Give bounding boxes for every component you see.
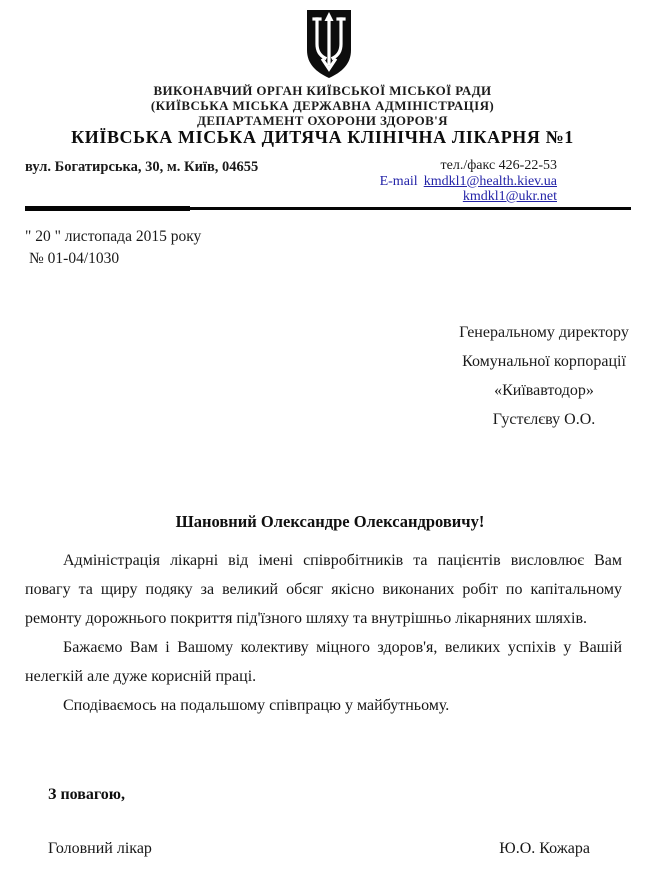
paragraph-2: Бажаємо Вам і Вашому колективу міцного з… (25, 633, 622, 691)
recipient-line-1: Генеральному директору (455, 318, 633, 347)
signer-name: Ю.О. Кожара (499, 840, 590, 858)
org-line-3: ДЕПАРТАМЕНТ ОХОРОНИ ЗДОРОВ'Я (0, 113, 645, 128)
signer-title: Головний лікар (48, 840, 152, 858)
recipient-line-4: Густєлєву О.О. (455, 405, 633, 434)
letterhead-org-lines: ВИКОНАВЧИЙ ОРГАН КИЇВСЬКОЇ МІСЬКОЇ РАДИ … (0, 83, 645, 128)
email-label: E-mail (380, 174, 418, 189)
paragraph-3: Сподіваємось на подальшому співпрацю у м… (25, 691, 622, 720)
paragraph-1: Адміністрація лікарні від імені співробі… (25, 546, 622, 633)
letter-date: " 20 " листопада 2015 року (25, 226, 201, 248)
org-line-2: (КИЇВСЬКА МІСЬКА ДЕРЖАВНА АДМІНІСТРАЦІЯ) (0, 98, 645, 113)
email-link-health[interactable]: kmdkl1@health.kiev.ua (424, 174, 557, 189)
reference-block: " 20 " листопада 2015 року № 01-04/1030 (25, 226, 201, 270)
letter-number: № 01-04/1030 (25, 248, 201, 270)
scanned-letter-page: ВИКОНАВЧИЙ ОРГАН КИЇВСЬКОЇ МІСЬКОЇ РАДИ … (0, 0, 645, 873)
recipient-block: Генеральному директору Комунальної корпо… (455, 318, 633, 434)
contact-block: тел./факс 426-22-53 E-mailkmdkl1@health.… (380, 158, 557, 205)
closing-phrase: З повагою, (48, 786, 125, 804)
recipient-line-3: «Київавтодор» (455, 376, 633, 405)
recipient-line-2: Комунальної корпорації (455, 347, 633, 376)
tryzub-emblem-icon (303, 8, 355, 80)
postal-address: вул. Богатирська, 30, м. Київ, 04655 (25, 159, 258, 176)
letterhead-divider-thick-segment (25, 206, 190, 211)
email-link-ukrnet[interactable]: kmdkl1@ukr.net (463, 189, 557, 204)
organization-name: КИЇВСЬКА МІСЬКА ДИТЯЧА КЛІНІЧНА ЛІКАРНЯ … (0, 127, 645, 148)
salutation: Шановний Олександре Олександровичу! (0, 512, 645, 532)
phone-fax: тел./факс 426-22-53 (380, 158, 557, 174)
email-line-1: E-mailkmdkl1@health.kiev.ua (380, 174, 557, 190)
signature-row: Головний лікар Ю.О. Кожара (0, 840, 645, 858)
org-line-1: ВИКОНАВЧИЙ ОРГАН КИЇВСЬКОЇ МІСЬКОЇ РАДИ (0, 83, 645, 98)
email-line-2: kmdkl1@ukr.net (380, 189, 557, 205)
letter-body: Адміністрація лікарні від імені співробі… (25, 546, 622, 720)
